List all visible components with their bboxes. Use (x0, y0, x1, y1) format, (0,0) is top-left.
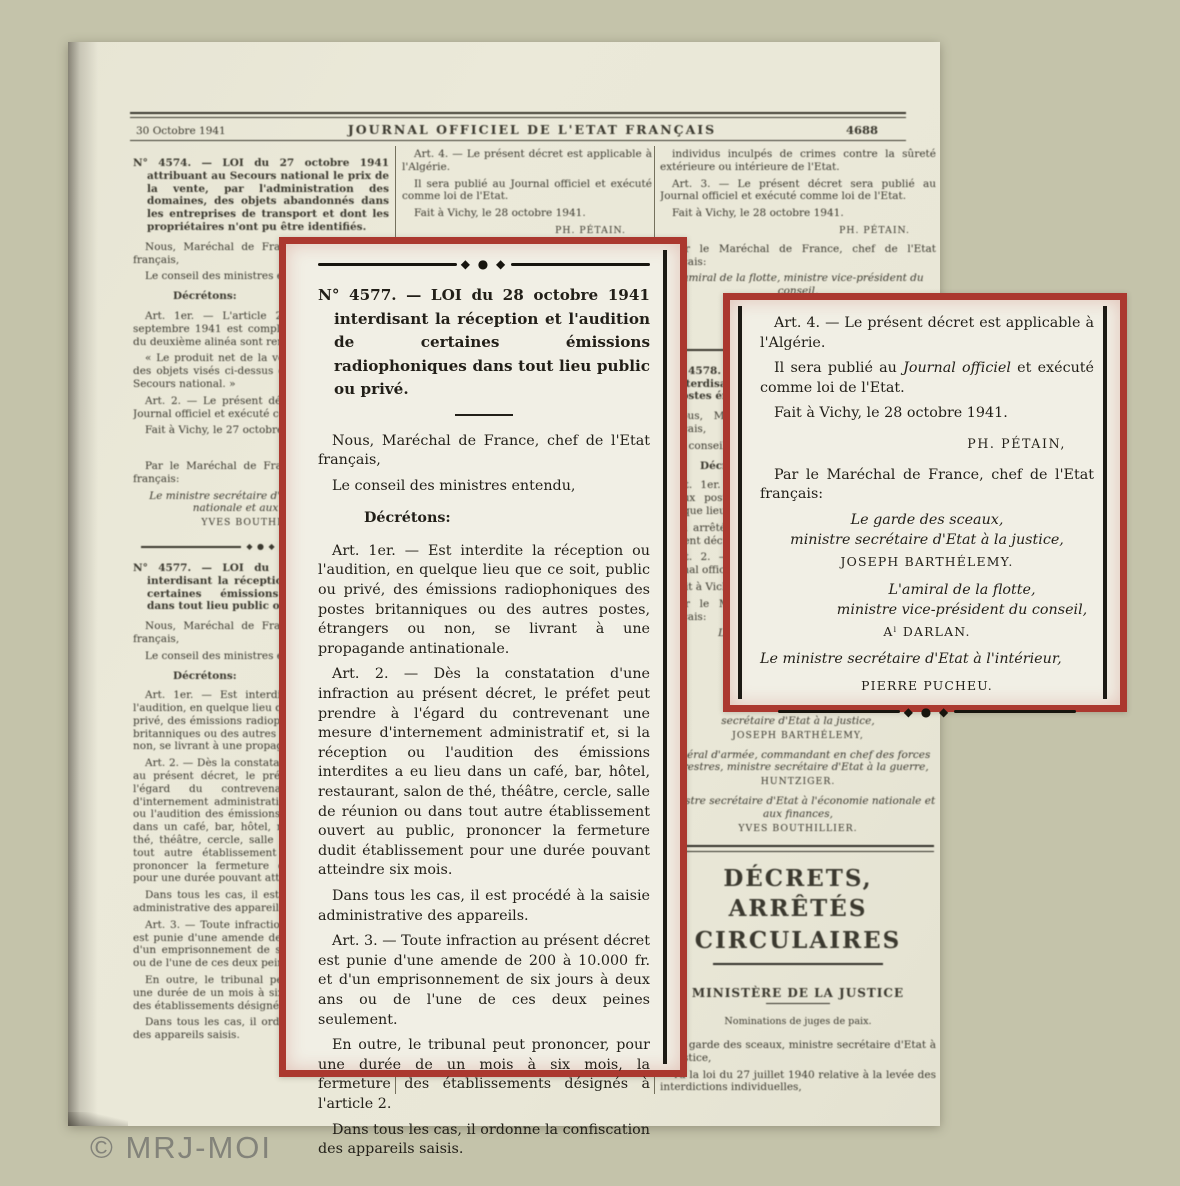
text-block (766, 1003, 830, 1004)
article-4-text: Art. 4. — Le présent décret est applicab… (760, 314, 1094, 353)
page-header: 30 Octobre 1941 JOURNAL OFFICIEL DE L'ET… (130, 112, 906, 141)
text-block: PH. PÉTAIN. (402, 225, 652, 238)
page-corner-shadow (68, 1112, 128, 1126)
sig-amiral-title-2: ministre vice-président du conseil, (760, 601, 1094, 621)
header-bottom-rule (130, 140, 906, 141)
text-block: CIRCULAIRES (660, 926, 936, 956)
header-date: 30 Octobre 1941 (136, 125, 306, 137)
text-block: Par le Maréchal de France, chef de l'Eta… (660, 243, 936, 269)
text-block: Ministre secrétaire d'Etat à l'économie … (660, 795, 936, 821)
sig-darlan-name: Aˡ DARLAN. (760, 622, 1094, 642)
text-block: individus inculpés de crimes contre la s… (660, 148, 936, 174)
sig-amiral-title-1: L'amiral de la flotte, (760, 581, 1094, 601)
law-4577-heading: N° 4577. — LOI du 28 octobre 1941 interd… (318, 284, 650, 402)
diamond-ornament-icon: ◆ ● ◆ (457, 258, 512, 270)
text-block: Dans tous les cas, il est procédé à la s… (318, 887, 650, 926)
text-block (713, 963, 883, 965)
text-block: En outre, le tribunal peut prononcer, po… (318, 1036, 650, 1114)
text-block: Fait à Vichy, le 28 octobre 1941. (660, 207, 936, 220)
publication-line: Il sera publié au Journal officiel et ex… (760, 359, 1094, 398)
text-block: DÉCRETS, ARRÊTÉS (660, 864, 936, 924)
column-rule-in-clipping-right (1103, 306, 1107, 699)
text-block: Dans tous les cas, il ordonne la confisc… (318, 1121, 650, 1160)
text-block (662, 845, 934, 852)
ornament-line (778, 710, 900, 713)
text-block: JOSEPH BARTHÉLEMY, (660, 730, 936, 743)
ornament-line (511, 263, 650, 266)
page-gutter-shadow (68, 42, 98, 1126)
text-block: Général d'armée, commandant en chef des … (660, 749, 936, 775)
sig-justice-title-1: Le garde des sceaux, (760, 511, 1094, 531)
petain-signature: PH. PÉTAIN, (760, 434, 1094, 454)
text-block: Art. 2. — Dès la constatation d'une infr… (318, 665, 650, 881)
law-4577-body: Nous, Maréchal de France, chef de l'Etat… (318, 432, 650, 1160)
par-marechal-line: Par le Maréchal de France, chef de l'Eta… (760, 466, 1094, 505)
column-right-bottom: secrétaire d'Etat à la justice,JOSEPH BA… (660, 715, 936, 1098)
sig-justice-title-2: ministre secrétaire d'Etat à la justice, (760, 531, 1094, 551)
text-block: MINISTÈRE DE LA JUSTICE (660, 987, 936, 1000)
text-block: Nous, Maréchal de France, chef de l'Etat… (318, 432, 650, 471)
scanned-document-view: 30 Octobre 1941 JOURNAL OFFICIEL DE L'ET… (0, 0, 1180, 1186)
text-block: Art. 1er. — Est interdite la réception o… (318, 542, 650, 660)
column-rule-in-clipping (663, 250, 667, 1064)
text-block: YVES BOUTHILLIER. (660, 823, 936, 836)
sig-interieur-title: Le ministre secrétaire d'Etat à l'intéri… (760, 650, 1094, 670)
magnified-clipping-article-4-signatures: Art. 4. — Le présent décret est applicab… (723, 293, 1127, 712)
text-block: Le garde des sceaux, ministre secrétaire… (660, 1039, 936, 1065)
date-line: Fait à Vichy, le 28 octobre 1941. (760, 404, 1094, 424)
text-block: Décrétons: (318, 509, 650, 529)
text-block: HUNTZIGER. (660, 776, 936, 789)
column-right-top: individus inculpés de crimes contre la s… (660, 148, 936, 298)
text-block: Vu la loi du 27 juillet 1940 relative à … (660, 1069, 936, 1095)
magnified-clipping-law-4577: ◆ ● ◆ N° 4577. — LOI du 28 octobre 1941 … (279, 237, 687, 1077)
ornament-line (954, 710, 1076, 713)
header-title: JOURNAL OFFICIEL DE L'ETAT FRANÇAIS (306, 122, 758, 137)
text-block: N° 4574. — LOI du 27 octobre 1941 attrib… (133, 157, 389, 234)
text-block: Art. 4. — Le présent décret est applicab… (402, 148, 652, 174)
publication-prefix: Il sera publié au (774, 360, 903, 376)
text-block: Nominations de juges de paix. (660, 1016, 936, 1029)
sig-barthelemy-name: JOSEPH BARTHÉLEMY. (760, 552, 1094, 572)
header-page-number: 4688 (758, 123, 900, 137)
heading-separator-rule (455, 414, 513, 416)
text-block: PH. PÉTAIN. (660, 225, 936, 238)
sig-pucheu-name: PIERRE PUCHEU. (760, 676, 1094, 696)
text-block: Fait à Vichy, le 28 octobre 1941. (402, 207, 652, 220)
text-block: Il sera publié au Journal officiel et ex… (402, 178, 652, 204)
journal-officiel-italic: Journal officiel (903, 360, 1011, 376)
ornament-divider: ◆ ● ◆ (318, 258, 650, 270)
text-block: Le conseil des ministres entendu, (318, 477, 650, 497)
ornament-line (318, 263, 457, 266)
column-rule-in-clipping-left (738, 306, 742, 699)
diamond-ornament-icon: ◆ ● ◆ (900, 706, 955, 718)
text-block: Art. 3. — Le présent décret sera publié … (660, 178, 936, 204)
ornament-divider: ◆ ● ◆ (778, 706, 1076, 718)
watermark: © MRJ-MOI (90, 1130, 272, 1166)
text-block: Art. 3. — Toute infraction au présent dé… (318, 932, 650, 1030)
